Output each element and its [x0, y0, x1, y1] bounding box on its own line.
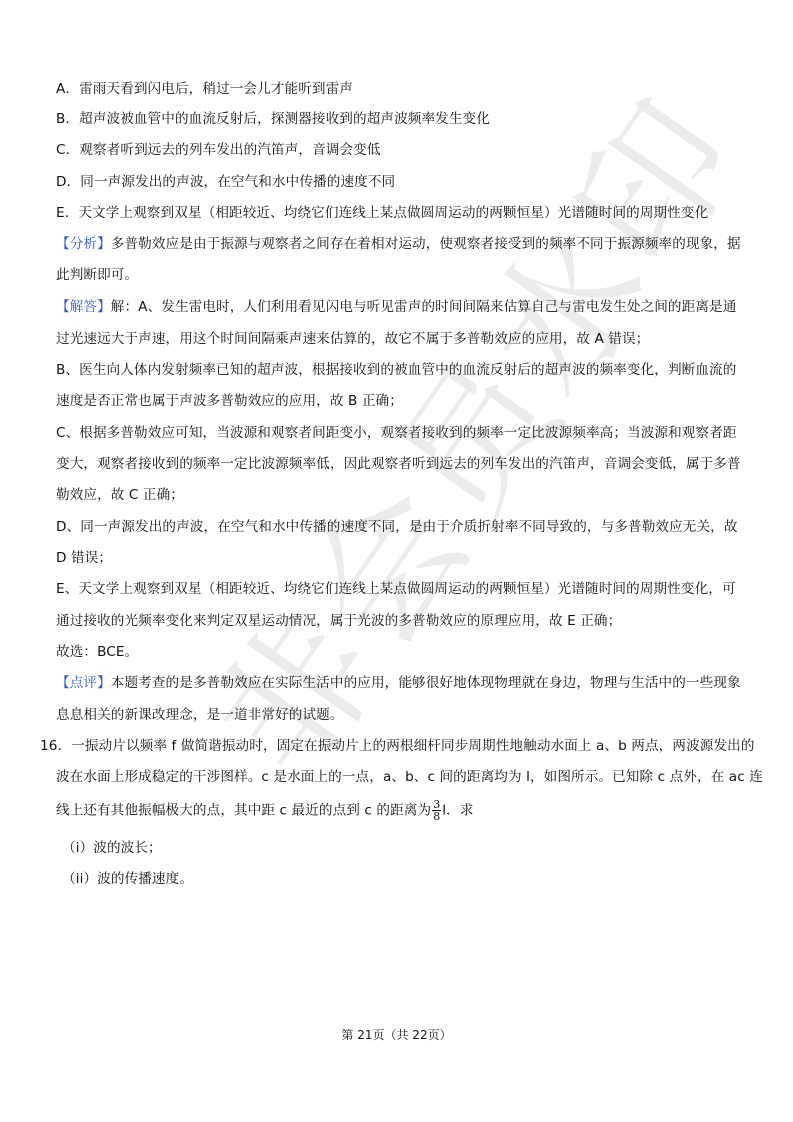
solution-line-5: C、根据多普勒效应可知，当波源和观察者间距变小，观察者接收到的频率一定比波源频率…: [56, 424, 737, 442]
option-text: 雷雨天看到闪电后，稍过一会儿才能听到雷声: [79, 81, 353, 97]
option-c: C．观察者听到远去的列车发出的汽笛声，音调会变低: [56, 141, 381, 159]
question-16-line-1: 16．一振动片以频率 f 做简谐振动时，固定在振动片上的两根细杆同步周期性地触动…: [40, 737, 755, 755]
option-text: 同一声源发出的声波，在空气和水中传播的速度不同: [80, 174, 395, 190]
solution-line-4: 速度是否正常也属于声波多普勒效应的应用，故 B 正确；: [56, 392, 403, 410]
question-16-line-2: 波在水面上形成稳定的干涉图样。c 是水面上的一点，a、b、c 间的距离均为 l，…: [56, 768, 763, 786]
solution-tag: 【解答】: [56, 299, 111, 315]
question-text: l．求: [442, 803, 473, 819]
fraction-denominator: 8: [432, 811, 441, 822]
solution-line-1: 【解答】解：A、发生雷电时，人们利用看见闪电与听见雷声的时间间隔来估算自己与雷电…: [56, 298, 736, 316]
option-text: 超声波被血管中的血流反射后，探测器接收到的超声波频率发生变化: [79, 111, 490, 127]
comment-line-1: 【点评】本题考查的是多普勒效应在实际生活中的应用，能够很好地体现物理就在身边，物…: [56, 674, 741, 692]
solution-text: 解：A、发生雷电时，人们利用看见闪电与听见雷声的时间间隔来估算自己与雷电发生处之…: [111, 299, 737, 315]
fraction-three-eighths: 38: [432, 799, 441, 822]
page-footer: 第 21页（共 22页）: [0, 1026, 793, 1043]
option-letter: E．: [56, 205, 78, 221]
option-letter: C．: [56, 142, 79, 158]
solution-answer: 故选：BCE。: [56, 643, 138, 661]
comment-line-2: 息息相关的新课改理念，是一道非常好的试题。: [56, 706, 344, 724]
document-page: 非会员水印 A．雷雨天看到闪电后，稍过一会儿才能听到雷声 B．超声波被血管中的血…: [0, 0, 793, 1122]
solution-line-2: 过光速远大于声速，用这个时间间隔乘声速来估算的，故它不属于多普勒效应的应用，故 …: [56, 330, 649, 348]
option-letter: D．: [56, 174, 80, 190]
option-e: E．天文学上观察到双星（相距较近、均绕它们连线上某点做圆周运动的两颗恒星）光谱随…: [56, 204, 708, 222]
subquestion-ii: （ii）波的传播速度。: [62, 870, 193, 888]
question-number: 16．: [40, 738, 71, 754]
question-text: 一振动片以频率 f 做简谐振动时，固定在振动片上的两根细杆同步周期性地触动水面上…: [71, 738, 754, 754]
subquestion-i: （i）波的波长；: [62, 839, 162, 857]
option-letter: B．: [56, 111, 79, 127]
solution-line-10: E、天文学上观察到双星（相距较近、均绕它们连线上某点做圆周运动的两颗恒星）光谱随…: [56, 580, 736, 598]
solution-line-9: D 错误；: [56, 549, 112, 567]
solution-line-11: 通过接收的光频率变化来判定双星运动情况，属于光波的多普勒效应的原理应用，故 E …: [56, 612, 621, 630]
solution-line-8: D、同一声源发出的声波，在空气和水中传播的速度不同，是由于介质折射率不同导致的，…: [56, 518, 738, 536]
analysis-line-1: 【分析】多普勒效应是由于振源与观察者之间存在着相对运动，使观察者接受到的频率不同…: [56, 235, 741, 253]
solution-line-6: 变大，观察者接收到的频率一定比波源频率低，因此观察者听到远去的列车发出的汽笛声，…: [56, 455, 741, 473]
analysis-line-2: 此判断即可。: [56, 266, 138, 284]
option-text: 天文学上观察到双星（相距较近、均绕它们连线上某点做圆周运动的两颗恒星）光谱随时间…: [78, 205, 708, 221]
option-a: A．雷雨天看到闪电后，稍过一会儿才能听到雷声: [56, 80, 353, 98]
option-d: D．同一声源发出的声波，在空气和水中传播的速度不同: [56, 173, 395, 191]
option-letter: A．: [56, 81, 79, 97]
option-b: B．超声波被血管中的血流反射后，探测器接收到的超声波频率发生变化: [56, 110, 490, 128]
question-text: 线上还有其他振幅极大的点，其中距 c 最近的点到 c 的距离为: [56, 803, 431, 819]
solution-line-7: 勒效应，故 C 正确；: [56, 486, 184, 504]
analysis-tag: 【分析】: [56, 236, 111, 252]
analysis-text: 多普勒效应是由于振源与观察者之间存在着相对运动，使观察者接受到的频率不同于振源频…: [111, 236, 741, 252]
page-content: A．雷雨天看到闪电后，稍过一会儿才能听到雷声 B．超声波被血管中的血流反射后，探…: [0, 0, 793, 1122]
comment-tag: 【点评】: [56, 675, 111, 691]
option-text: 观察者听到远去的列车发出的汽笛声，音调会变低: [79, 142, 380, 158]
comment-text: 本题考查的是多普勒效应在实际生活中的应用，能够很好地体现物理就在身边，物理与生活…: [111, 675, 741, 691]
solution-line-3: B、医生向人体内发射频率已知的超声波，根据接收到的被血管中的血流反射后的超声波的…: [56, 361, 736, 379]
question-16-line-3: 线上还有其他振幅极大的点，其中距 c 最近的点到 c 的距离为38l．求: [56, 799, 474, 822]
